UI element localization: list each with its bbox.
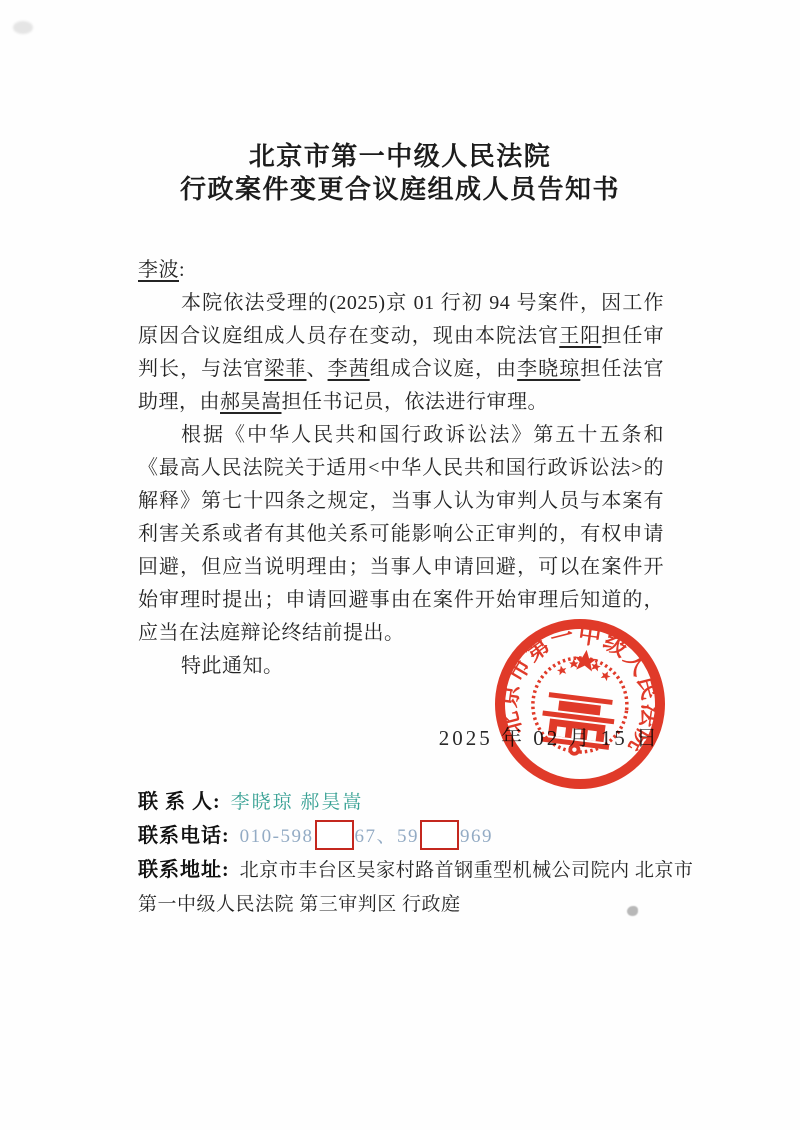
body-line: 根据《中华人民共和国行政诉讼法》第五十五条和: [138, 419, 664, 452]
body-text: 本院依法受理的(2025)京 01 行初 94 号案件，因工作: [181, 292, 664, 314]
body-line: 判长，与法官梁菲、李茜组成合议庭，由李晓琼担任法官: [138, 353, 664, 386]
phone-part-1: 010-598: [240, 826, 314, 847]
body-text: 担任法官: [580, 358, 664, 380]
salutation: 李波:: [138, 254, 664, 287]
body-text: 始审理时提出；申请回避事由在案件开始审理后知道的，: [138, 589, 664, 611]
contact-phone-row: 联系电话:010-59867、59969: [138, 820, 678, 855]
body-text: 回避，但应当说明理由；当事人申请回避，可以在案件开: [138, 556, 664, 578]
salutation-colon: :: [179, 259, 185, 281]
document-title: 北京市第一中级人民法院 行政案件变更合议庭组成人员告知书: [0, 140, 800, 206]
body-line: 解释》第七十四条之规定，当事人认为审判人员与本案有: [138, 485, 664, 518]
underlined-name: 王阳: [559, 325, 601, 347]
body-text: 解释》第七十四条之规定，当事人认为审判人员与本案有: [138, 490, 664, 512]
body-text: 原因合议庭组成人员存在变动，现由本院法官: [138, 325, 559, 347]
recipient-name: 李波: [138, 259, 179, 281]
contact-person-label: 联 系 人:: [138, 791, 221, 813]
contact-section: 联 系 人:李晓琼 郝昊嵩 联系电话:010-59867、59969 联系地址:…: [138, 786, 678, 921]
body-text: 《最高人民法院关于适用<中华人民共和国行政诉讼法>的: [138, 457, 664, 479]
body-line: 《最高人民法院关于适用<中华人民共和国行政诉讼法>的: [138, 452, 664, 485]
body-text: 担任审: [601, 325, 664, 347]
body-text: 利害关系或者有其他关系可能影响公正审判的，有权申请: [138, 523, 664, 545]
title-line-2: 行政案件变更合议庭组成人员告知书: [0, 173, 800, 206]
redaction-box: [420, 820, 459, 850]
underlined-name: 郝昊嵩: [220, 391, 282, 413]
contact-address-line2: 第一中级人民法院 第三审判区 行政庭: [138, 888, 678, 922]
national-emblem-icon: [527, 644, 633, 761]
body-line: 助理，由郝昊嵩担任书记员，依法进行审理。: [138, 386, 664, 419]
contact-address-row: 联系地址:北京市丰台区吴家村路首钢重型机械公司院内 北京市: [138, 854, 678, 888]
body-text: 判长，与法官: [138, 358, 264, 380]
body-line: 本院依法受理的(2025)京 01 行初 94 号案件，因工作: [138, 287, 664, 320]
title-line-1: 北京市第一中级人民法院: [0, 140, 800, 173]
body-text: 根据《中华人民共和国行政诉讼法》第五十五条和: [181, 424, 664, 446]
body-line: 原因合议庭组成人员存在变动，现由本院法官王阳担任审: [138, 320, 664, 353]
body-text: 组成合议庭，由: [370, 358, 517, 380]
phone-part-3: 969: [460, 826, 493, 847]
body-text: 担任书记员，依法进行审理。: [282, 391, 549, 413]
contact-phone-value: 010-59867、59969: [240, 826, 493, 847]
contact-address-label: 联系地址:: [138, 859, 230, 881]
body-line: 回避，但应当说明理由；当事人申请回避，可以在案件开: [138, 551, 664, 584]
paragraph-1: 本院依法受理的(2025)京 01 行初 94 号案件，因工作原因合议庭组成人员…: [138, 287, 664, 419]
official-court-seal: 北京市第一中级人民法院: [477, 601, 682, 806]
body-text: 助理，由: [138, 391, 220, 413]
underlined-name: 李茜: [328, 358, 370, 380]
underlined-name: 李晓琼: [517, 358, 580, 380]
contact-person-value: 李晓琼 郝昊嵩: [231, 792, 364, 813]
underlined-name: 梁菲: [264, 358, 306, 380]
scan-smudge-artifact: [13, 21, 33, 34]
contact-address-value: 北京市丰台区吴家村路首钢重型机械公司院内 北京市: [240, 860, 694, 881]
scan-mark-artifact: [627, 906, 638, 916]
contact-phone-label: 联系电话:: [138, 825, 230, 847]
phone-part-2: 67、59: [355, 826, 420, 847]
redaction-box: [315, 820, 354, 850]
body-line: 利害关系或者有其他关系可能影响公正审判的，有权申请: [138, 518, 664, 551]
document-page: 北京市第一中级人民法院 行政案件变更合议庭组成人员告知书 李波: 本院依法受理的…: [0, 0, 800, 1130]
body-text: 应当在法庭辩论终结前提出。: [138, 622, 405, 644]
body-text: 、: [307, 358, 328, 380]
